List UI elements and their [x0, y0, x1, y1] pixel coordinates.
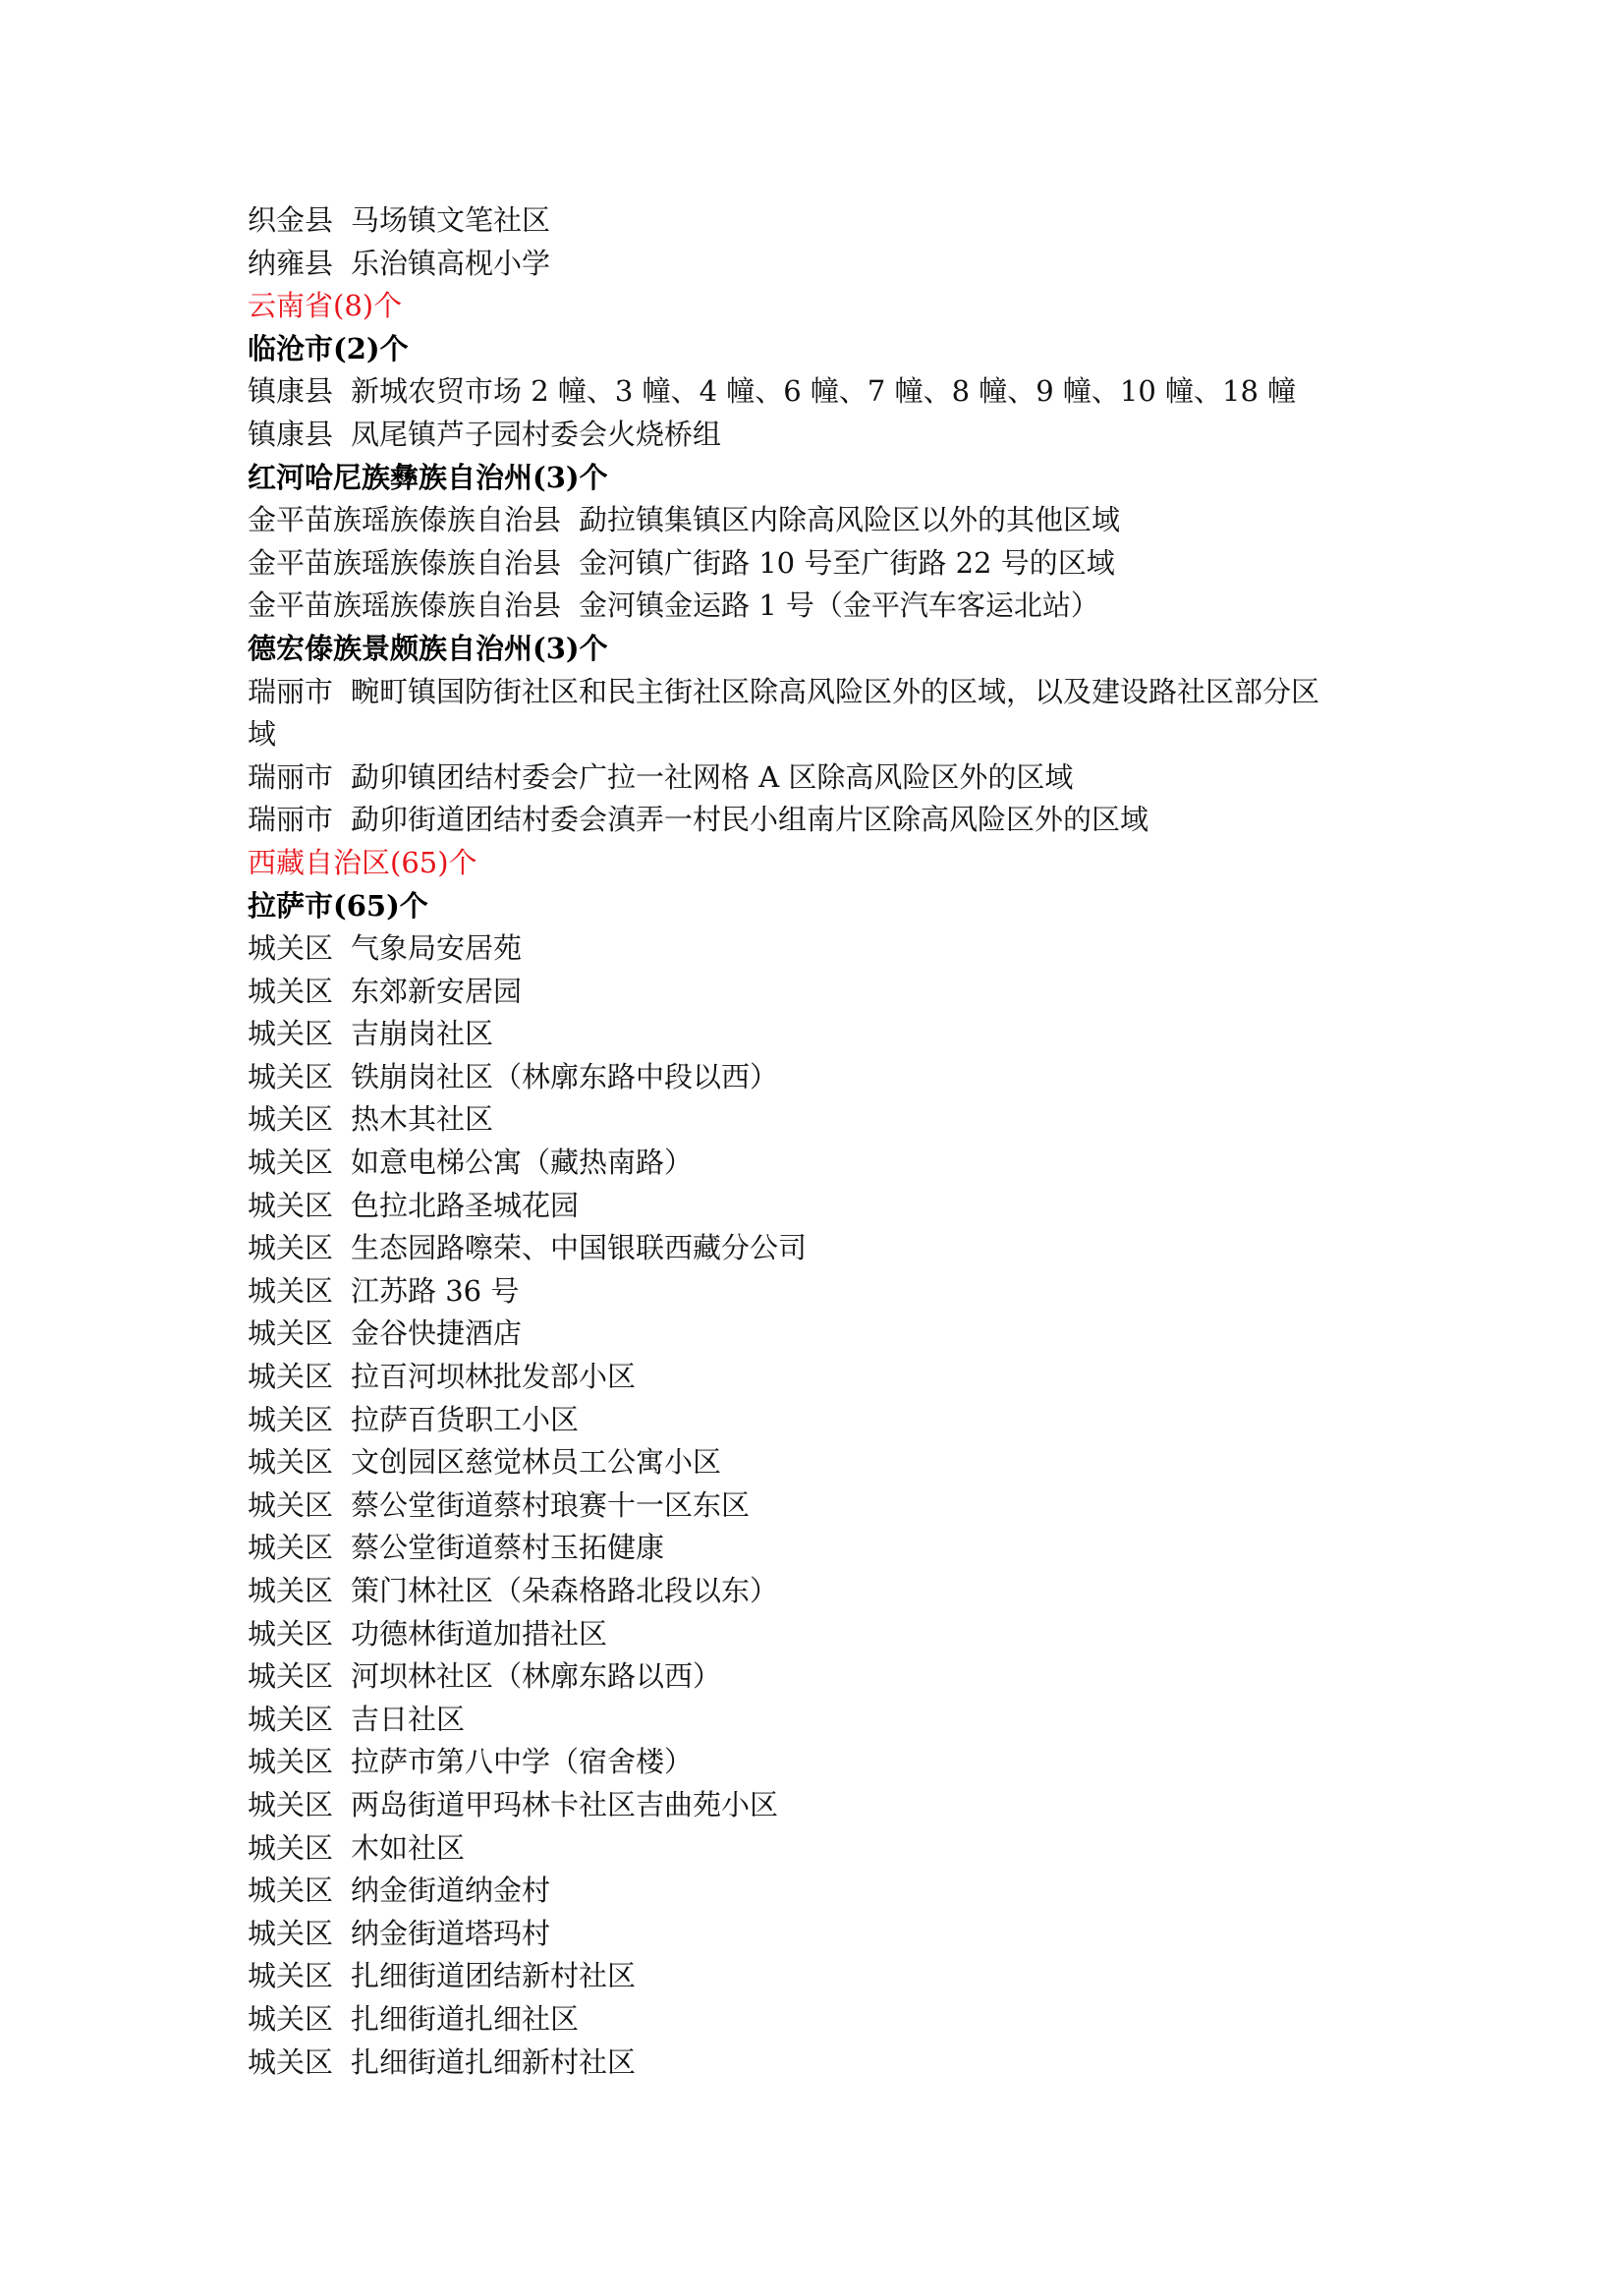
province-heading: 西藏自治区(65)个: [248, 842, 1387, 885]
location-name: 铁崩岗社区（林廓东路中段以西）: [351, 1060, 778, 1093]
area-entry: 城关区扎细街道团结新村社区: [248, 1955, 1387, 1998]
location-name: 策门林社区（朵森格路北段以东）: [351, 1574, 778, 1607]
area-entry: 城关区文创园区慈觉林员工公寓小区: [248, 1441, 1387, 1484]
area-entry: 城关区吉日社区: [248, 1699, 1387, 1742]
area-entry: 城关区木如社区: [248, 1827, 1387, 1871]
area-entry: 城关区如意电梯公寓（藏热南路）: [248, 1142, 1387, 1185]
county-name: 城关区: [248, 1617, 333, 1651]
location-name: 拉萨市第八中学（宿舍楼）: [351, 1745, 693, 1778]
location-name: 扎细街道团结新村社区: [351, 1959, 636, 1992]
county-name: 城关区: [248, 1102, 333, 1136]
county-name: 纳雍县: [248, 247, 333, 280]
county-name: 镇康县: [248, 374, 333, 408]
area-entry: 镇康县凤尾镇芦子园村委会火烧桥组: [248, 414, 1387, 457]
area-entry: 镇康县新城农贸市场 2 幢、3 幢、4 幢、6 幢、7 幢、8 幢、9 幢、10…: [248, 370, 1387, 414]
county-name: 城关区: [248, 2045, 333, 2079]
location-name: 拉百河坝林批发部小区: [351, 1360, 636, 1393]
location-name: 吉日社区: [351, 1703, 465, 1736]
county-name: 城关区: [248, 1403, 333, 1436]
location-name: 扎细街道扎细社区: [351, 2002, 579, 2036]
province-heading: 云南省(8)个: [248, 285, 1387, 328]
location-name: 两岛街道甲玛林卡社区吉曲苑小区: [351, 1788, 778, 1821]
area-entry: 城关区纳金街道塔玛村: [248, 1913, 1387, 1956]
area-entry: 金平苗族瑶族傣族自治县金河镇金运路 1 号（金平汽车客运北站）: [248, 585, 1387, 628]
county-name: 城关区: [248, 1189, 333, 1222]
area-entry: 城关区气象局安居苑: [248, 927, 1387, 971]
area-entry: 瑞丽市畹町镇国防街社区和民主街社区除高风险区外的区域，以及建设路社区部分区: [248, 671, 1387, 714]
location-name: 东郊新安居园: [351, 975, 522, 1008]
location-name: 金河镇广街路 10 号至广街路 22 号的区域: [579, 546, 1115, 580]
area-entry: 城关区蔡公堂街道蔡村琅赛十一区东区: [248, 1484, 1387, 1528]
county-name: 城关区: [248, 1874, 333, 1907]
area-entry: 金平苗族瑶族傣族自治县勐拉镇集镇区内除高风险区以外的其他区域: [248, 499, 1387, 542]
location-name: 蔡公堂街道蔡村琅赛十一区东区: [351, 1488, 750, 1522]
area-entry: 城关区铁崩岗社区（林廓东路中段以西）: [248, 1056, 1387, 1099]
county-name: 城关区: [248, 1231, 333, 1264]
area-entry: 金平苗族瑶族傣族自治县金河镇广街路 10 号至广街路 22 号的区域: [248, 542, 1387, 586]
county-name: 城关区: [248, 1745, 333, 1778]
area-entry: 城关区拉萨市第八中学（宿舍楼）: [248, 1741, 1387, 1784]
city-heading: 临沧市(2)个: [248, 328, 1387, 371]
county-name: 城关区: [248, 1574, 333, 1607]
area-entry: 瑞丽市勐卯街道团结村委会滇弄一村民小组南片区除高风险区外的区域: [248, 799, 1387, 842]
location-name: 马场镇文笔社区: [351, 203, 550, 237]
county-name: 城关区: [248, 1146, 333, 1179]
county-name: 城关区: [248, 931, 333, 965]
county-name: 金平苗族瑶族傣族自治县: [248, 503, 561, 536]
location-name: 勐卯镇团结村委会广拉一社网格 A 区除高风险区外的区域: [351, 760, 1073, 794]
location-name: 蔡公堂街道蔡村玉拓健康: [351, 1531, 664, 1564]
location-name: 吉崩岗社区: [351, 1017, 493, 1050]
location-name: 勐拉镇集镇区内除高风险区以外的其他区域: [579, 503, 1120, 536]
location-name: 江苏路 36 号: [351, 1274, 519, 1308]
county-name: 城关区: [248, 1659, 333, 1693]
area-entry: 城关区策门林社区（朵森格路北段以东）: [248, 1570, 1387, 1613]
county-name: 城关区: [248, 1274, 333, 1308]
location-name: 色拉北路圣城花园: [351, 1189, 579, 1222]
area-entry: 城关区扎细街道扎细新村社区: [248, 2042, 1387, 2085]
county-name: 城关区: [248, 1959, 333, 1992]
county-name: 城关区: [248, 1703, 333, 1736]
location-name: 木如社区: [351, 1831, 465, 1865]
location-name: 纳金街道塔玛村: [351, 1917, 550, 1950]
area-entry: 城关区生态园路嚓荣、中国银联西藏分公司: [248, 1227, 1387, 1270]
location-name: 纳金街道纳金村: [351, 1874, 550, 1907]
area-entry: 城关区扎细街道扎细社区: [248, 1998, 1387, 2042]
county-name: 城关区: [248, 1831, 333, 1865]
area-entry: 城关区金谷快捷酒店: [248, 1313, 1387, 1356]
location-name: 扎细街道扎细新村社区: [351, 2045, 636, 2079]
county-name: 瑞丽市: [248, 760, 333, 794]
document-page: 织金县马场镇文笔社区纳雍县乐治镇高枧小学云南省(8)个临沧市(2)个镇康县新城农…: [248, 199, 1387, 2084]
area-entry: 城关区两岛街道甲玛林卡社区吉曲苑小区: [248, 1784, 1387, 1827]
county-name: 瑞丽市: [248, 803, 333, 836]
county-name: 城关区: [248, 1531, 333, 1564]
county-name: 织金县: [248, 203, 333, 237]
county-name: 城关区: [248, 2002, 333, 2036]
location-name: 热木其社区: [351, 1102, 493, 1136]
area-entry: 城关区江苏路 36 号: [248, 1270, 1387, 1314]
area-entry: 城关区拉百河坝林批发部小区: [248, 1356, 1387, 1399]
area-entry: 织金县马场镇文笔社区: [248, 199, 1387, 243]
county-name: 城关区: [248, 1060, 333, 1093]
area-entry: 城关区东郊新安居园: [248, 971, 1387, 1014]
county-name: 城关区: [248, 975, 333, 1008]
county-name: 城关区: [248, 1488, 333, 1522]
county-name: 城关区: [248, 1017, 333, 1050]
location-name: 如意电梯公寓（藏热南路）: [351, 1146, 693, 1179]
city-heading: 德宏傣族景颇族自治州(3)个: [248, 628, 1387, 671]
area-entry: 城关区功德林街道加措社区: [248, 1613, 1387, 1656]
location-name: 气象局安居苑: [351, 931, 522, 965]
location-name: 勐卯街道团结村委会滇弄一村民小组南片区除高风险区外的区域: [351, 803, 1148, 836]
location-name: 文创园区慈觉林员工公寓小区: [351, 1445, 721, 1479]
location-name: 功德林街道加措社区: [351, 1617, 607, 1651]
location-name: 新城农贸市场 2 幢、3 幢、4 幢、6 幢、7 幢、8 幢、9 幢、10 幢、…: [351, 374, 1296, 408]
area-entry: 纳雍县乐治镇高枧小学: [248, 243, 1387, 286]
city-heading: 拉萨市(65)个: [248, 885, 1387, 928]
location-name: 拉萨百货职工小区: [351, 1403, 579, 1436]
area-entry: 瑞丽市勐卯镇团结村委会广拉一社网格 A 区除高风险区外的区域: [248, 756, 1387, 800]
city-heading: 红河哈尼族彝族自治州(3)个: [248, 457, 1387, 500]
area-entry: 城关区蔡公堂街道蔡村玉拓健康: [248, 1527, 1387, 1570]
county-name: 城关区: [248, 1316, 333, 1350]
county-name: 城关区: [248, 1360, 333, 1393]
area-entry: 城关区河坝林社区（林廓东路以西）: [248, 1655, 1387, 1699]
location-name: 生态园路嚓荣、中国银联西藏分公司: [351, 1231, 807, 1264]
area-entry: 城关区拉萨百货职工小区: [248, 1399, 1387, 1442]
area-entry: 城关区纳金街道纳金村: [248, 1870, 1387, 1913]
county-name: 城关区: [248, 1788, 333, 1821]
county-name: 瑞丽市: [248, 675, 333, 708]
area-entry: 城关区色拉北路圣城花园: [248, 1185, 1387, 1228]
location-name: 金河镇金运路 1 号（金平汽车客运北站）: [579, 588, 1099, 622]
area-entry-continuation: 域: [248, 713, 1387, 756]
county-name: 镇康县: [248, 418, 333, 451]
county-name: 城关区: [248, 1917, 333, 1950]
location-name: 金谷快捷酒店: [351, 1316, 522, 1350]
area-entry: 城关区吉崩岗社区: [248, 1013, 1387, 1056]
county-name: 金平苗族瑶族傣族自治县: [248, 588, 561, 622]
location-name: 凤尾镇芦子园村委会火烧桥组: [351, 418, 721, 451]
location-name: 河坝林社区（林廓东路以西）: [351, 1659, 721, 1693]
county-name: 金平苗族瑶族傣族自治县: [248, 546, 561, 580]
location-name: 乐治镇高枧小学: [351, 247, 550, 280]
county-name: 城关区: [248, 1445, 333, 1479]
area-entry: 城关区热木其社区: [248, 1098, 1387, 1142]
location-name: 畹町镇国防街社区和民主街社区除高风险区外的区域，以及建设路社区部分区: [351, 675, 1319, 708]
